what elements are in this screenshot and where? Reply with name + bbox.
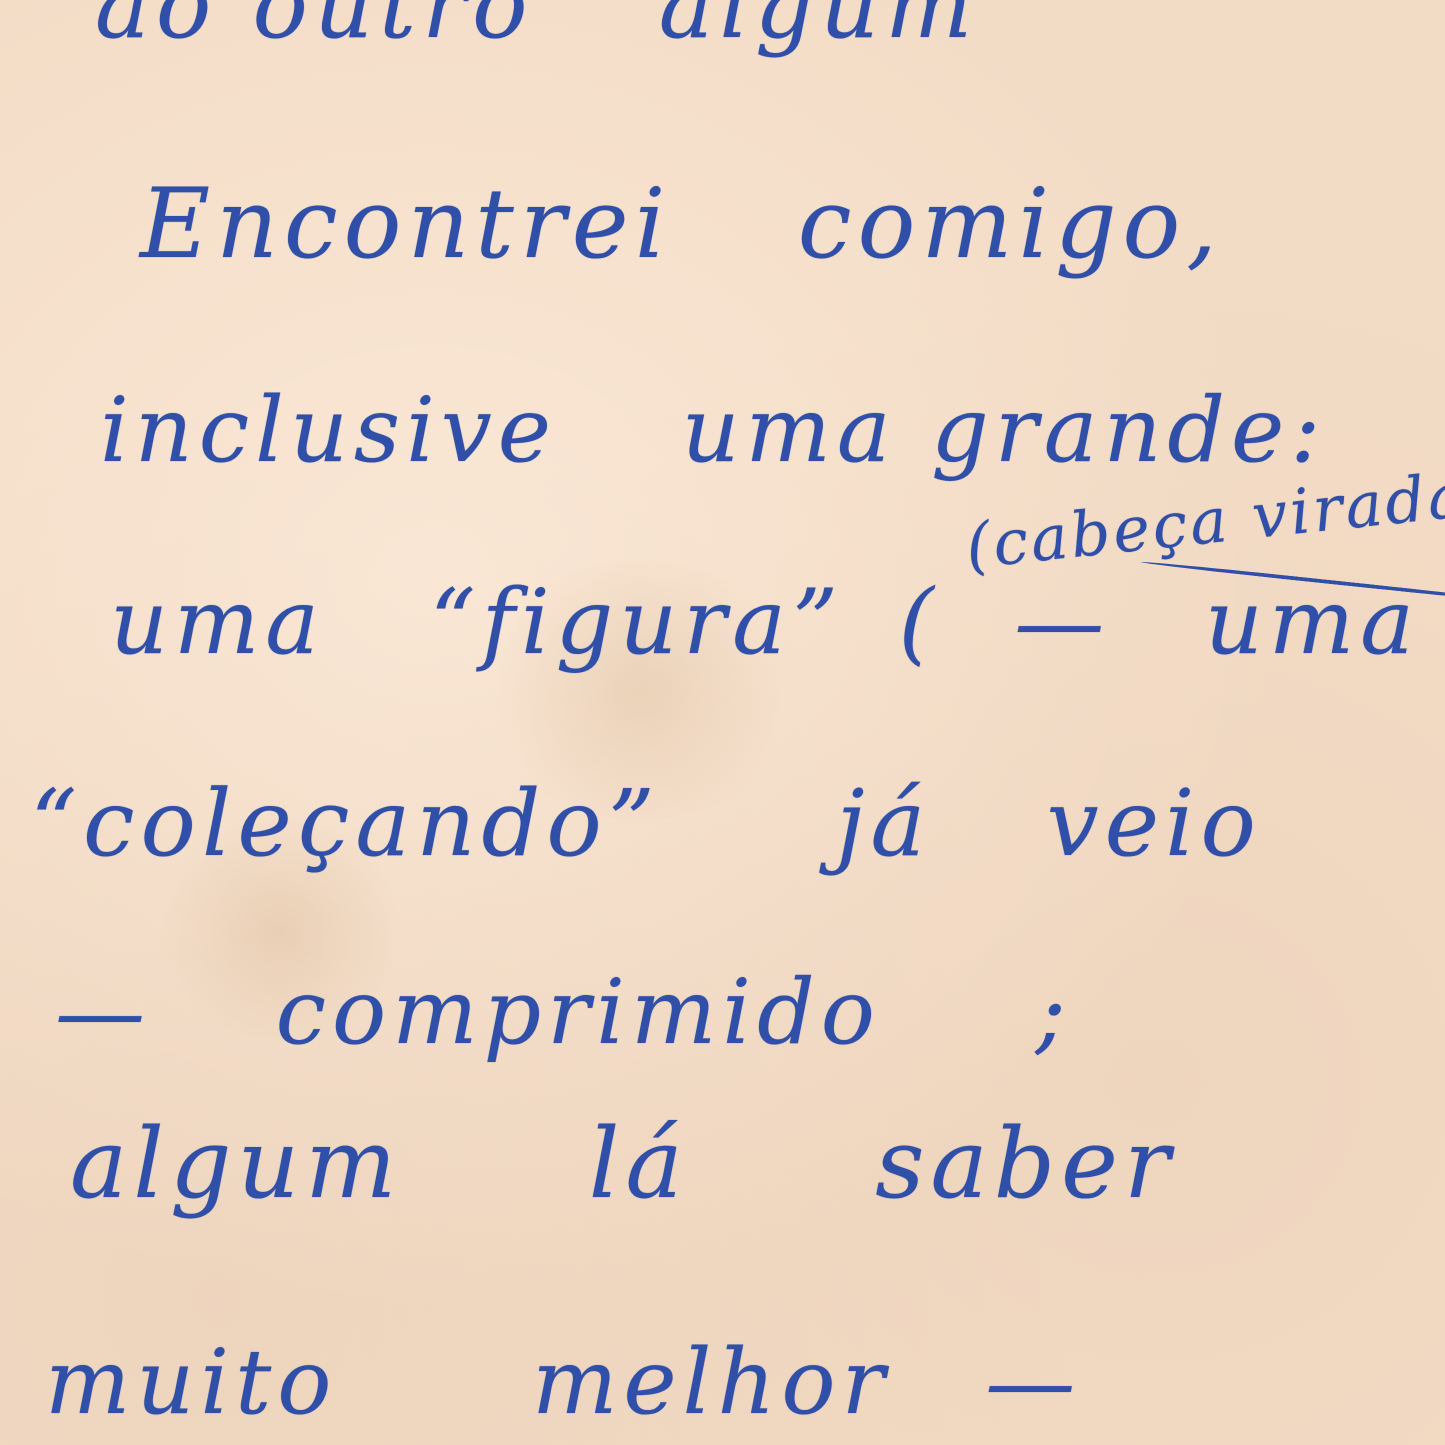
handwritten-word: Encontrei [140, 168, 671, 280]
handwritten-word: muito [45, 1330, 337, 1435]
handwritten-word: já [836, 770, 931, 877]
handwritten-line-3: inclusive uma grande: [100, 378, 1417, 483]
handwritten-word: comigo, [798, 168, 1223, 280]
handwritten-word: algum [659, 0, 979, 59]
handwritten-word: “coleçando” [30, 770, 661, 877]
handwritten-word: melhor [532, 1330, 891, 1435]
handwritten-word: — [55, 960, 151, 1065]
handwritten-word: ( [899, 570, 940, 675]
handwritten-line-2: Encontrei comigo, [140, 168, 1313, 280]
handwritten-word: uma [110, 570, 325, 675]
handwritten-line-4: uma “figura” ( — uma (cabeça virada) [110, 570, 1445, 675]
handwritten-line-8: muito melhor — [45, 1330, 1171, 1435]
handwritten-line-6: — comprimido ; [55, 960, 1162, 1065]
handwritten-word: ; [1036, 960, 1072, 1065]
handwritten-word: algum [70, 1108, 402, 1220]
handwritten-word: — [1014, 570, 1110, 675]
handwritten-word: — [985, 1330, 1081, 1435]
handwritten-word: saber [875, 1108, 1176, 1220]
letter-page: ao outro algum Encontrei comigo, inclusi… [0, 0, 1445, 1445]
handwritten-word: ao outro [95, 0, 533, 59]
handwritten-word: veio [1047, 770, 1262, 877]
handwritten-line-1: ao outro algum [95, 0, 1068, 59]
handwritten-line-7: algum lá saber [70, 1108, 1266, 1220]
handwritten-word: lá [589, 1108, 689, 1220]
handwritten-word: uma grande: [682, 378, 1327, 483]
handwritten-line-5: “coleçando” já veio [30, 770, 1352, 877]
handwritten-word: inclusive [100, 378, 557, 483]
handwritten-word: comprimido [276, 960, 881, 1065]
handwritten-word: “figura” [430, 570, 844, 675]
